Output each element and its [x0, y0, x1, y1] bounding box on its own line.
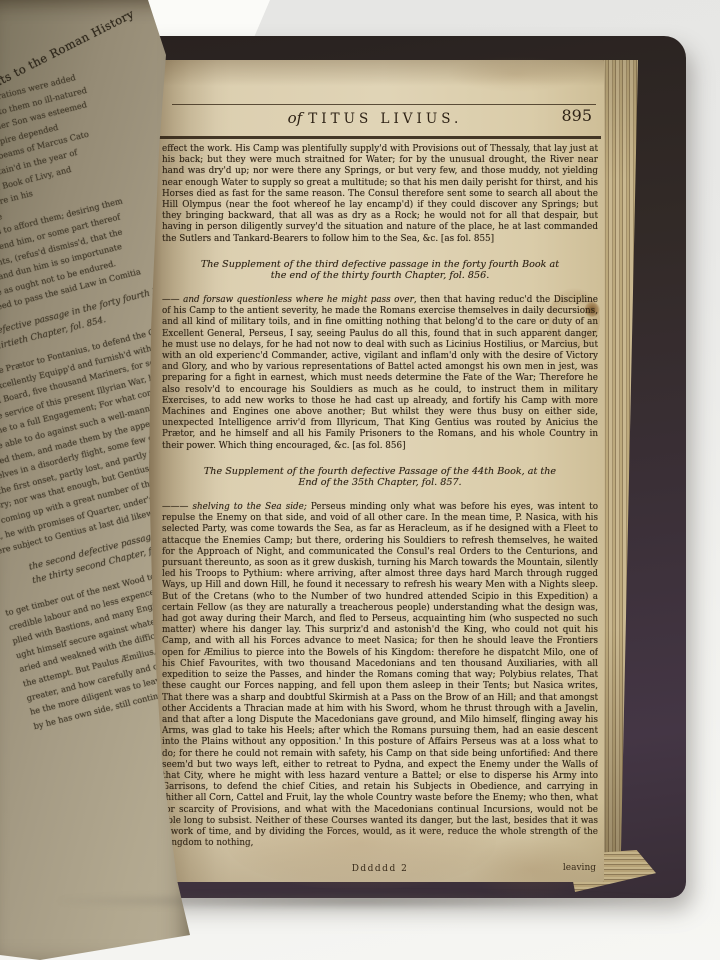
paragraph-2-lead: —— and forsaw questionless where he migh…	[162, 295, 414, 305]
book-shadow	[60, 893, 660, 909]
page-number: 895	[561, 106, 592, 125]
paragraph-2-body: , then that having reduc'd the Disciplin…	[162, 295, 598, 451]
section-heading-2: The Supplement of the fourth defective P…	[200, 466, 560, 489]
header-prefix: of	[288, 109, 303, 127]
stain-top	[446, 56, 586, 92]
right-page: ofTitus Livius. 895 effect the work. His…	[146, 60, 604, 882]
paragraph-3: ——— shelving to the Sea side; Perseus mi…	[162, 502, 598, 849]
signature-row: Dddddd 2 leaving	[162, 864, 598, 876]
header-rule-bottom	[156, 136, 601, 139]
signature-mark: Dddddd 2	[162, 864, 598, 874]
paragraph-3-body: Perseus minding only what was before his…	[162, 502, 598, 848]
section-heading-1: The Supplement of the third defective pa…	[200, 259, 560, 282]
paragraph-1-body: effect the work. His Camp was plentifull…	[162, 144, 598, 244]
header-rule-top	[172, 104, 596, 105]
text-block: effect the work. His Camp was plentifull…	[162, 144, 598, 916]
page-header: ofTitus Livius.	[146, 108, 604, 127]
paragraph-2: —— and forsaw questionless where he migh…	[162, 295, 598, 452]
page-title: Titus Livius.	[308, 111, 462, 127]
catchword: leaving	[563, 863, 596, 873]
photo-backdrop: ofTitus Livius. 895 effect the work. His…	[0, 0, 720, 960]
paragraph-3-lead: ——— shelving to the Sea side;	[162, 502, 307, 512]
paragraph-1: effect the work. His Camp was plentifull…	[162, 144, 598, 245]
